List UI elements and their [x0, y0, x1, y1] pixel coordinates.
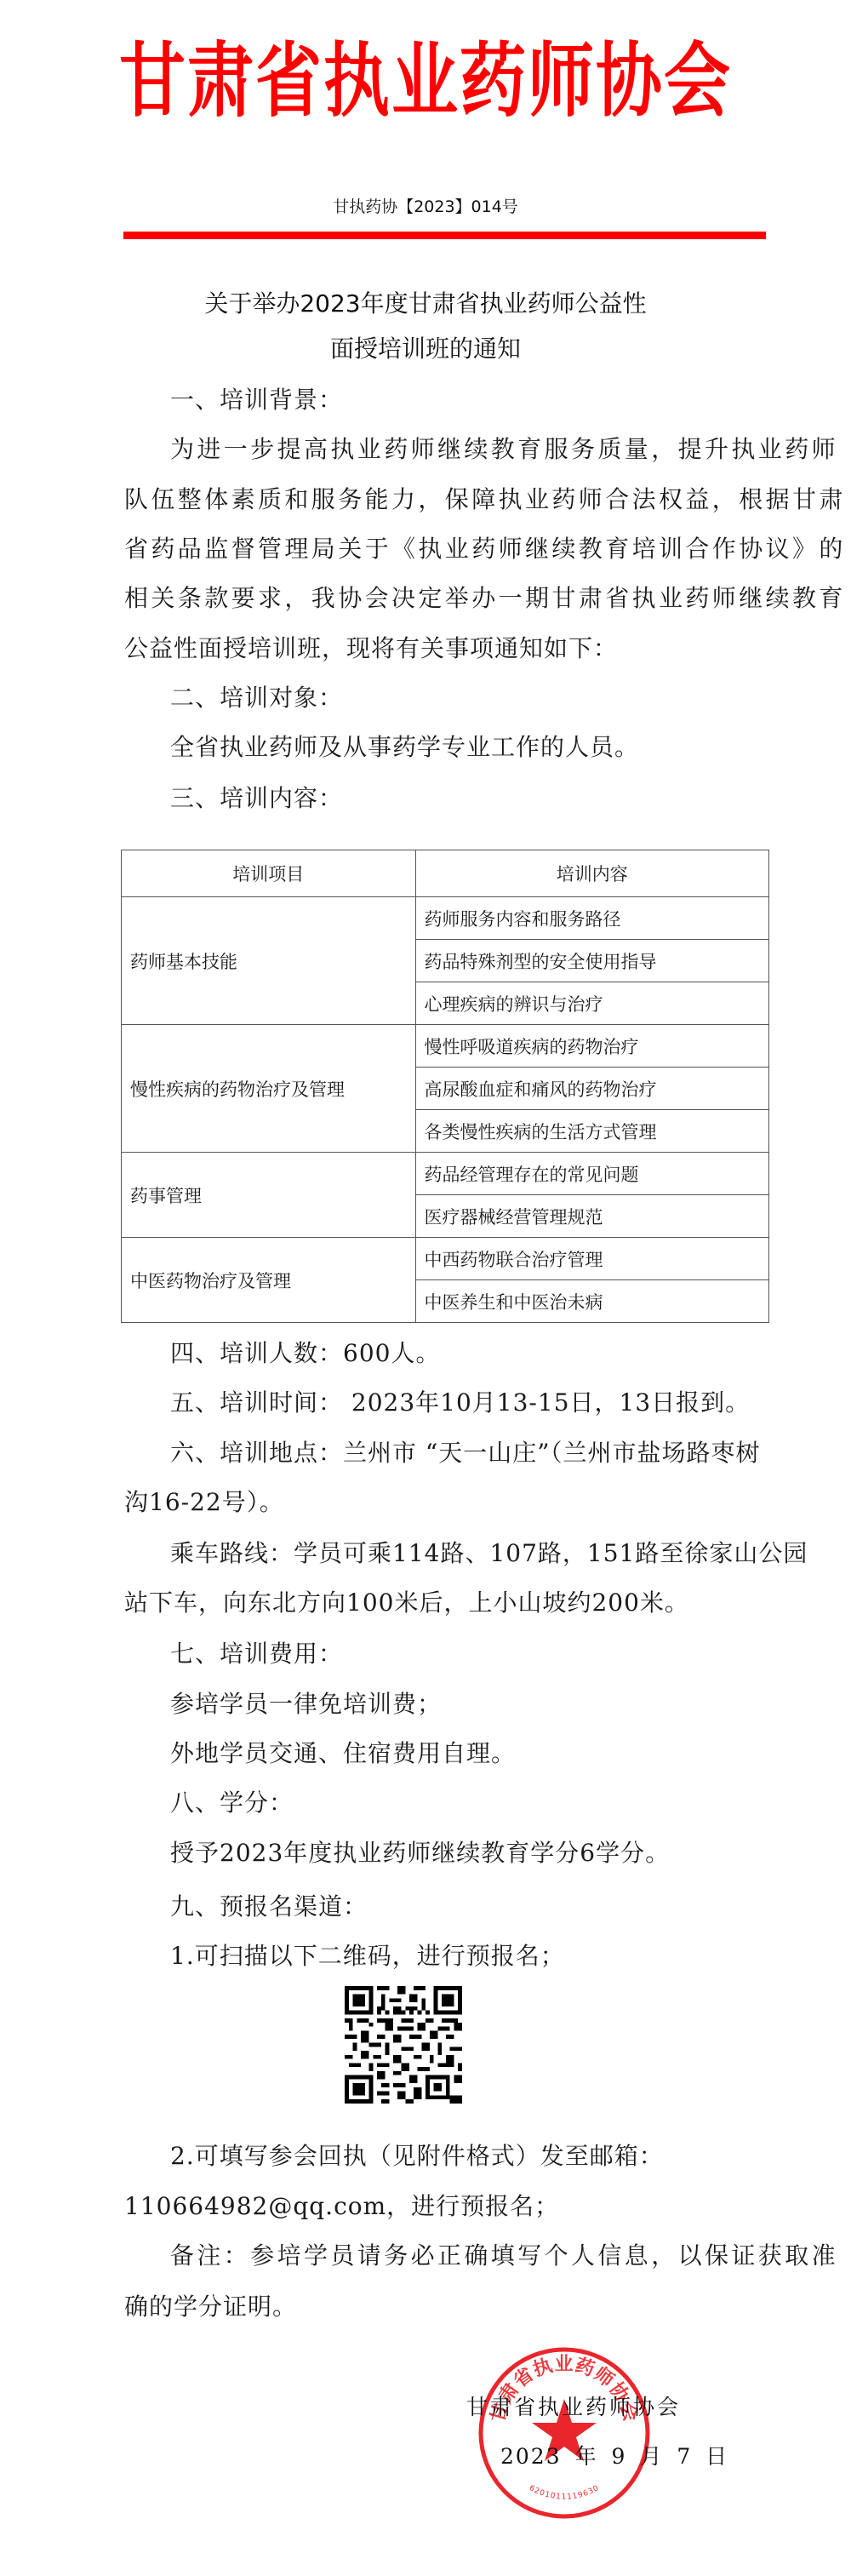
qr-code-icon — [345, 1986, 462, 2104]
column-header-content: 培训内容 — [415, 850, 768, 897]
training-location-line1: 六、培训地点：兰州市 “天一山庄”（兰州市盐场路枣树 — [170, 1436, 761, 1470]
paragraph-line: 相关条款要求，我协会决定举办一期甘肃省执业药师继续教育 — [124, 581, 846, 615]
org-letterhead-title: 甘肃省执业药师协会 — [0, 30, 851, 134]
table-header-row: 培训项目 培训内容 — [122, 850, 769, 897]
training-content-cell: 中西药物联合治疗管理 — [415, 1238, 768, 1280]
training-item-cell: 药师基本技能 — [122, 897, 416, 1025]
training-item-cell: 中医药物治疗及管理 — [122, 1238, 416, 1323]
training-content-cell: 心理疾病的辨识与治疗 — [415, 982, 768, 1025]
official-seal: 甘肃省执业药师协会 6201011119630 — [477, 2345, 652, 2521]
notice-title-line2: 面授培训班的通知 — [0, 332, 851, 366]
signature-organization: 甘肃省执业药师协会 — [466, 2392, 681, 2423]
note-line2: 确的学分证明。 — [124, 2290, 297, 2324]
column-header-item: 培训项目 — [122, 850, 416, 897]
table-row: 药师基本技能 药师服务内容和服务路径 — [122, 897, 769, 940]
headcount-text: 四、培训人数：600人。 — [170, 1337, 440, 1371]
letterhead-divider — [123, 232, 766, 239]
training-content-cell: 医疗器械经营管理规范 — [415, 1195, 768, 1238]
section-heading-audience: 二、培训对象： — [170, 681, 343, 715]
paragraph-line: 为进一步提高执业药师继续教育服务质量，提升执业药师 — [170, 432, 838, 467]
section-heading-content: 三、培训内容： — [170, 781, 343, 816]
svg-text:6201011119630: 6201011119630 — [528, 2484, 601, 2502]
registration-qr-code[interactable] — [345, 1986, 462, 2104]
training-item-cell: 药事管理 — [122, 1153, 416, 1238]
table-row: 中医药物治疗及管理 中西药物联合治疗管理 — [122, 1238, 769, 1280]
training-content-cell: 慢性呼吸道疾病的药物治疗 — [415, 1025, 768, 1068]
training-content-cell: 药品经管理存在的常见问题 — [415, 1153, 768, 1195]
section-heading-registration: 九、预报名渠道： — [170, 1890, 368, 1924]
red-seal-star-icon: 甘肃省执业药师协会 6201011119630 — [477, 2345, 652, 2521]
signature-date: 2023 年 9 月 7 日 — [500, 2441, 728, 2472]
seal-number: 6201011119630 — [528, 2484, 601, 2502]
paragraph-line: 省药品监督管理局关于《执业药师继续教育培训合作协议》的 — [124, 532, 846, 566]
notice-title-line1: 关于举办2023年度甘肃省执业药师公益性 — [0, 287, 851, 321]
training-content-cell: 药品特殊剂型的安全使用指导 — [415, 940, 768, 982]
training-content-cell: 药师服务内容和服务路径 — [415, 897, 768, 940]
training-content-cell: 各类慢性疾病的生活方式管理 — [415, 1110, 768, 1153]
paragraph-line: 队伍整体素质和服务能力，保障执业药师合法权益，根据甘肃 — [124, 483, 846, 517]
document-number: 甘执药协【2023】014号 — [0, 194, 851, 220]
audience-text: 全省执业药师及从事药学专业工作的人员。 — [170, 730, 639, 764]
section-heading-fees: 七、培训费用： — [170, 1637, 343, 1671]
section-heading-background: 一、培训背景： — [170, 383, 343, 417]
credits-text: 授予2023年度执业药师继续教育学分6学分。 — [170, 1836, 670, 1870]
training-item-cell: 慢性疾病的药物治疗及管理 — [122, 1025, 416, 1153]
fees-line2: 外地学员交通、住宿费用自理。 — [170, 1737, 516, 1771]
training-time-text: 五、培训时间： 2023年10月13-15日，13日报到。 — [170, 1386, 750, 1420]
registration-email[interactable]: 110664982@qq.com，进行预报名； — [124, 2190, 559, 2224]
section-heading-credits: 八、学分： — [170, 1786, 294, 1820]
fees-line1: 参培学员一律免培训费； — [170, 1687, 442, 1721]
bus-route-line2: 站下车，向东北方向100米后，上小山坡约200米。 — [124, 1586, 689, 1620]
registration-option1: 1.可扫描以下二维码，进行预报名； — [170, 1939, 565, 1973]
training-content-table: 培训项目 培训内容 药师基本技能 药师服务内容和服务路径 药品特殊剂型的安全使用… — [121, 850, 769, 1323]
table-row: 慢性疾病的药物治疗及管理 慢性呼吸道疾病的药物治疗 — [122, 1025, 769, 1068]
paragraph-line: 公益性面授培训班，现将有关事项通知如下： — [124, 632, 618, 666]
registration-option2-line1: 2.可填写参会回执（见附件格式）发至邮箱： — [170, 2139, 664, 2173]
bus-route-line1: 乘车路线：学员可乘114路、107路，151路至徐家山公园 — [170, 1537, 808, 1571]
training-content-cell: 高尿酸血症和痛风的药物治疗 — [415, 1068, 768, 1110]
training-location-line2: 沟16-22号）。 — [124, 1485, 284, 1520]
note-line1: 备注：参培学员请务必正确填写个人信息，以保证获取准 — [170, 2239, 838, 2273]
table-row: 药事管理 药品经管理存在的常见问题 — [122, 1153, 769, 1195]
training-content-cell: 中医养生和中医治未病 — [415, 1280, 768, 1323]
